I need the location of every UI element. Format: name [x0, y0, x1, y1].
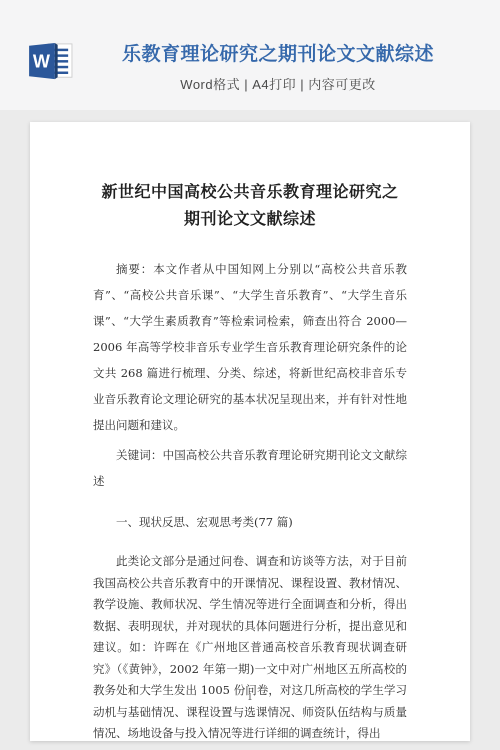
document-title: 新世纪中国高校公共音乐教育理论研究之 期刊论文文献综述	[93, 178, 407, 232]
keywords-line: 关键词：中国高校公共音乐教育理论研究期刊论文文献综述	[93, 442, 407, 494]
section-heading: 一、现状反思、宏观思考类(77 篇)	[93, 509, 407, 535]
site-header: W 乐教育理论研究之期刊论文文献综述 Word格式 | A4打印 | 内容可更改	[0, 0, 500, 110]
document-title-line-1: 新世纪中国高校公共音乐教育理论研究之	[93, 178, 407, 205]
body-paragraph: 此类论文部分是通过问卷、调查和访谈等方法，对于目前我国高校公共音乐教育中的开课情…	[93, 551, 407, 745]
abstract-paragraph: 摘要：本文作者从中国知网上分别以“高校公共音乐教育”、“高校公共音乐课”、“大学…	[93, 256, 407, 438]
page-number: 1	[30, 693, 470, 703]
document-title-line-2: 期刊论文文献综述	[93, 205, 407, 232]
page-subtitle: Word格式 | A4打印 | 内容可更改	[78, 74, 478, 93]
document-page: 新世纪中国高校公共音乐教育理论研究之 期刊论文文献综述 摘要：本文作者从中国知网…	[30, 122, 470, 741]
word-icon: W	[28, 42, 74, 82]
document-preview-area[interactable]: 新世纪中国高校公共音乐教育理论研究之 期刊论文文献综述 摘要：本文作者从中国知网…	[0, 110, 500, 750]
svg-text:W: W	[33, 52, 51, 72]
page-title: 乐教育理论研究之期刊论文文献综述	[78, 44, 478, 66]
header-text-block: 乐教育理论研究之期刊论文文献综述 Word格式 | A4打印 | 内容可更改	[78, 44, 478, 93]
